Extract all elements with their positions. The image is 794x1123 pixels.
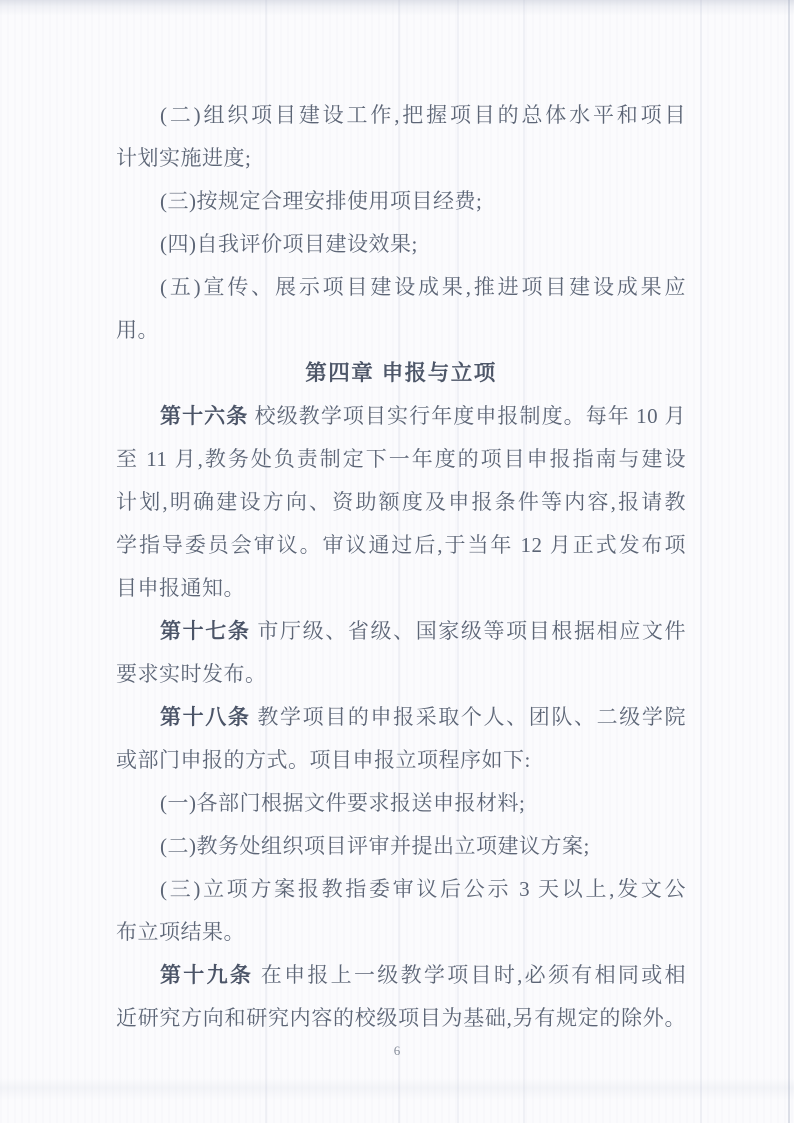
article-number-lead: 第十八条 <box>160 705 250 729</box>
article-number-lead: 第十七条 <box>160 619 250 643</box>
scan-streak <box>700 0 702 1123</box>
text-line: (一)各部门根据文件要求报送申报材料; <box>116 782 686 825</box>
text-line: 第十九条 在申报上一级教学项目时,必须有相同或相 <box>116 954 686 997</box>
text-line: 第十八条 教学项目的申报采取个人、团队、二级学院 <box>116 696 686 739</box>
text-line: 目申报通知。 <box>116 567 686 610</box>
text-line: (三)按规定合理安排使用项目经费; <box>116 180 686 223</box>
scan-streak <box>788 0 790 1123</box>
text-line: 第十六条 校级教学项目实行年度申报制度。每年 10 月 <box>116 395 686 438</box>
text-line: (二)组织项目建设工作,把握项目的总体水平和项目 <box>116 94 686 137</box>
text-block: (二)组织项目建设工作,把握项目的总体水平和项目计划实施进度;(三)按规定合理安… <box>116 94 686 1040</box>
scan-artifact-bottom-band <box>0 1078 794 1100</box>
document-page: (二)组织项目建设工作,把握项目的总体水平和项目计划实施进度;(三)按规定合理安… <box>0 0 794 1123</box>
text-line: (三)立项方案报教指委审议后公示 3 天以上,发文公 <box>116 868 686 911</box>
text-line: 用。 <box>116 309 686 352</box>
text-line: (二)教务处组织项目评审并提出立项建议方案; <box>116 825 686 868</box>
page-number: 6 <box>0 1042 794 1060</box>
text-line: 要求实时发布。 <box>116 653 686 696</box>
text-line: 或部门申报的方式。项目申报立项程序如下: <box>116 739 686 782</box>
text-line: 学指导委员会审议。审议通过后,于当年 12 月正式发布项 <box>116 524 686 567</box>
text-line: 计划实施进度; <box>116 137 686 180</box>
text-line: 第十七条 市厅级、省级、国家级等项目根据相应文件 <box>116 610 686 653</box>
article-number-lead: 第十六条 <box>160 404 248 428</box>
article-number-lead: 第十九条 <box>160 963 253 987</box>
text-line: (四)自我评价项目建设效果; <box>116 223 686 266</box>
text-line: 布立项结果。 <box>116 911 686 954</box>
text-line: 近研究方向和研究内容的校级项目为基础,另有规定的除外。 <box>116 997 686 1040</box>
text-line: 计划,明确建设方向、资助额度及申报条件等内容,报请教 <box>116 481 686 524</box>
scan-artifact-top-band <box>0 0 794 16</box>
text-line: 至 11 月,教务处负责制定下一年度的项目申报指南与建设 <box>116 438 686 481</box>
chapter-heading: 第四章 申报与立项 <box>116 352 686 395</box>
text-line: (五)宣传、展示项目建设成果,推进项目建设成果应 <box>116 266 686 309</box>
